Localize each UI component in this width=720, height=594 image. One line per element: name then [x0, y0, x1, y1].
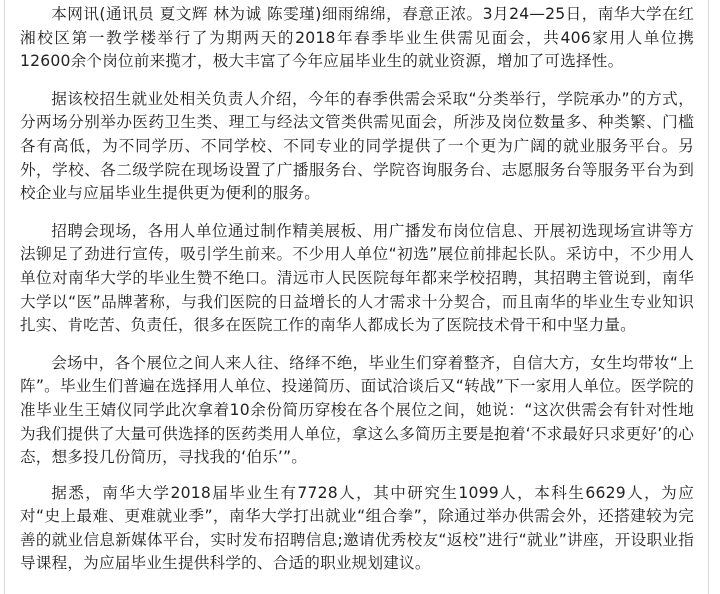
article-paragraph-venue: 会场中，各个展位之间人来人往、络绎不绝，毕业生们穿着整齐，自信大方，女生均带妆“…	[20, 352, 694, 470]
article-paragraph-format: 据该校招生就业处相关负责人介绍，今年的春季供需会采取“分类举行，学院承办”的方式…	[20, 88, 694, 206]
article-paragraph-intro: 本网讯(通讯员 夏文辉 林为诚 陈雯瑾)细雨绵绵，春意正浓。3月24—25日，南…	[20, 3, 694, 74]
news-article: 本网讯(通讯员 夏文辉 林为诚 陈雯瑾)细雨绵绵，春意正浓。3月24—25日，南…	[4, 0, 709, 594]
article-paragraph-recruiting-scene: 招聘会现场，各用人单位通过制作精美展板、用广播发布岗位信息、开展初选现场宣讲等方…	[20, 220, 694, 338]
article-paragraph-statistics: 据悉，南华大学2018届毕业生有7728人，其中研究生1099人，本科生6629…	[20, 482, 694, 576]
